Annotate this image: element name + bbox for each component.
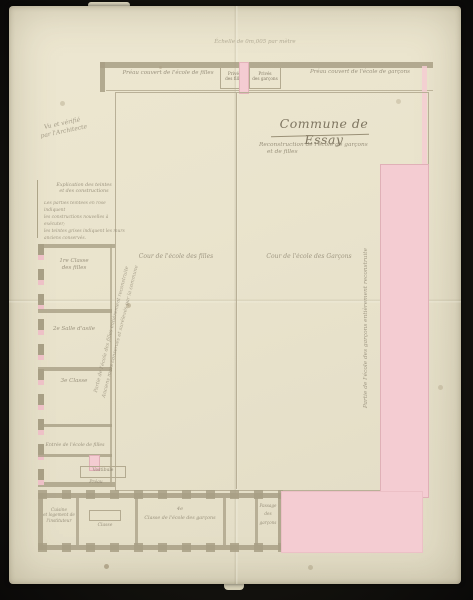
vestibule-label: Vestibule [81,468,125,474]
logement-line2: et logement de [42,512,76,517]
scale-note: Échelle de 0m,005 par mètre [205,39,305,46]
legend-body-line4: anciens conservés. [44,235,126,242]
passage-label: Passage des garçons [256,502,280,527]
room-classe-garcons-label: Classe de l'école des garçons [139,516,221,522]
band-bottom-line [106,90,433,91]
legend-box: Explication des teintes et des construct… [37,180,130,238]
legend-heading: Explication des teintes et des construct… [44,183,124,195]
room-classe-garcons-num: 4e [170,506,190,512]
privies-box-garcons-label: Privés des garçons [250,71,280,82]
logement-line3: l'instituteur [42,518,76,523]
left-wing-wall-4 [38,454,112,457]
vestibule-box: Vestibule [80,466,126,478]
privies2-line2: des garçons [250,76,280,81]
room-classe1-line1: 1re Classe [45,258,103,265]
left-wing-west-wall [38,244,44,487]
room-logement-label: Cuisine et logement de l'instituteur [42,507,76,523]
legend-body-line1: Les parties teintées en rose indiquent [44,200,126,214]
courtyard-divider [236,92,237,489]
passage-line1: Passage [256,502,280,510]
legend-body: Les parties teintées en rose indiquent l… [44,200,126,242]
subtitle-line2: et de filles [267,149,385,156]
subtitle-line1: Reconstruction de l'école de garçons [259,142,385,149]
privies-box-garcons: Privés des garçons [249,67,281,89]
left-wing-top-wall [38,244,115,248]
right-wing-vertical-note: Partie de l'école des garçons entièremen… [363,172,370,484]
preau-filles-label: Préau couvert de l'école de filles [109,70,227,77]
room-classe1-line2: des filles [45,265,103,272]
bottom-wing-top-wall [38,493,283,498]
preau-garcons-label: Préau couvert de l'école de garçons [310,69,410,76]
right-wing-pink-block [380,164,429,498]
bottom-divider-1 [76,498,79,545]
bottom-wing-bottom-wall [38,545,283,550]
scanned-plan-image: Échelle de 0m,005 par mètre Vu et vérifi… [0,0,473,600]
room-asile-label: 2e Salle d'asile [45,326,103,333]
north-wall-stub [100,62,105,92]
desk-rectangle [89,510,121,521]
paper-sheet: Échelle de 0m,005 par mètre Vu et vérifi… [9,6,461,584]
legend-body-line2: les constructions nouvelles à exécuter; [44,214,126,228]
bottom-divider-3 [223,498,226,545]
entry-filles-label: Entrée de l'école de filles [40,443,110,449]
passage-line2: des [256,510,280,518]
bottom-right-pink-block [281,491,423,553]
corner-note: Vu et vérifié par l'Architecte [24,112,101,142]
courtyard-garcons-label: Cour de l'école des Garçons [253,253,365,261]
legend-heading-line2: et des constructions [44,189,124,195]
bottom-divider-2 [135,498,138,545]
left-wing-wall-1 [38,309,112,313]
passage-line3: garçons [256,519,280,527]
bottom-wing: Cuisine et logement de l'instituteur Cla… [38,490,283,552]
room-classe1-label: 1re Classe des filles [45,258,103,272]
top-pink-divider [239,62,249,94]
room-classe-b-label: Classe [89,523,121,529]
plan-subtitle: Reconstruction de l'école de garçons et … [259,142,385,156]
foxing-spots [9,6,12,9]
preau-small-label: Préau [81,480,111,486]
legend-body-line3: les teintes grises indiquent les murs [44,228,126,235]
